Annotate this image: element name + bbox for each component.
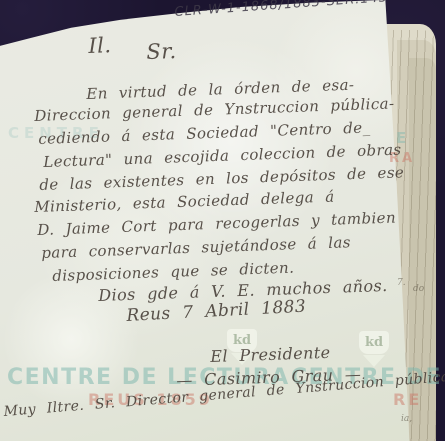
salutation-right: Sr.	[146, 39, 177, 64]
bleed-fragment: do	[413, 284, 424, 294]
stamp-bottom-right-line2: RE	[393, 390, 422, 409]
emblem-monogram: kd	[359, 331, 389, 354]
bleed-fragment: 7.	[397, 278, 406, 288]
watermark-emblem-icon: kd	[354, 331, 394, 367]
bleed-fragment: ia,	[401, 414, 412, 424]
salutation-left: Il.	[88, 33, 112, 58]
manuscript-photo: CLR-W-1-1868/1883-SER.143 CENTRE E RA CE…	[0, 0, 445, 441]
emblem-point	[363, 355, 385, 367]
